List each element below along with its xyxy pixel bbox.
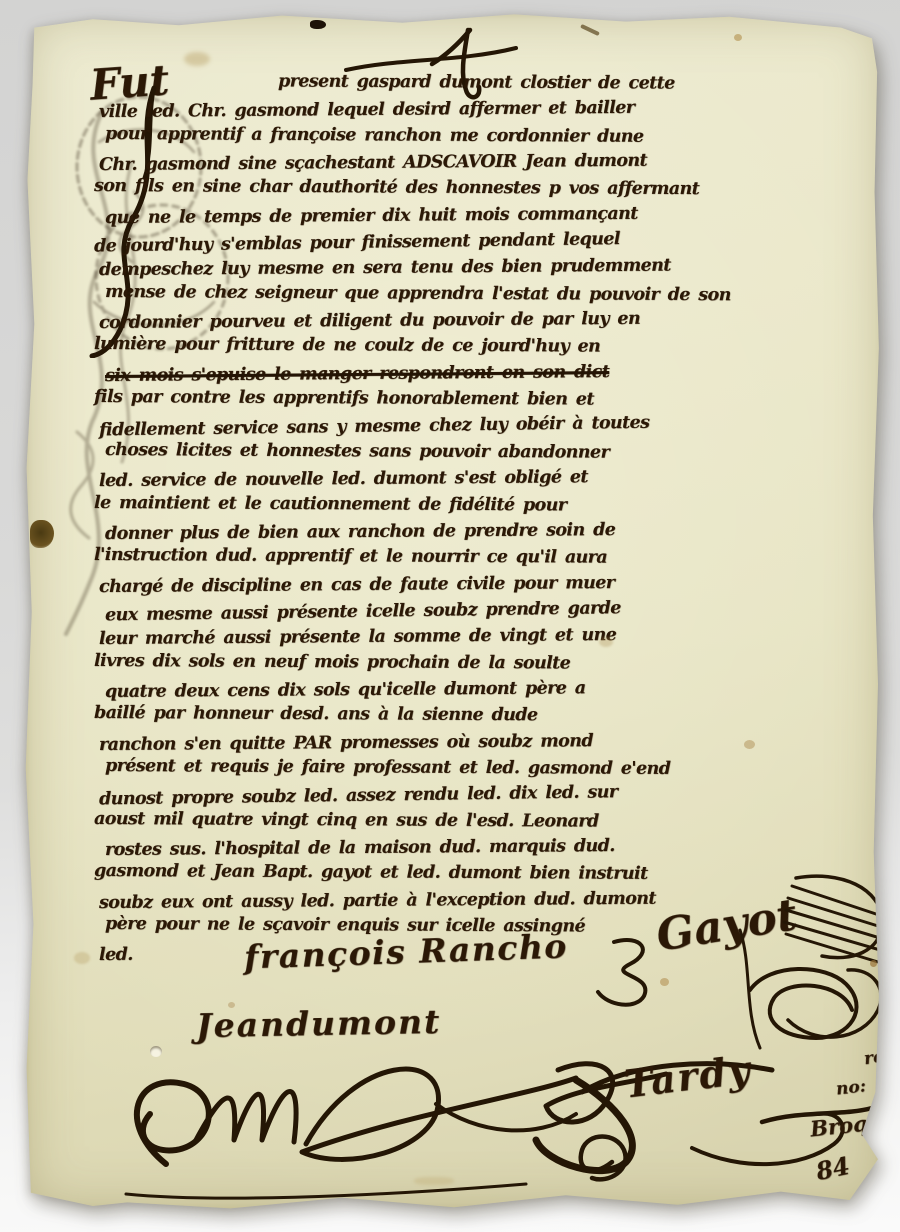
foxing-spot [660, 978, 669, 986]
foxing-spot [228, 1002, 235, 1008]
photo-backdrop: Fut present gaspard dumont clostier de c… [0, 0, 900, 1232]
foxing-spot [599, 637, 613, 647]
foxing-spot [414, 1177, 454, 1185]
ink-blob [310, 20, 326, 29]
gayot-flourish [730, 870, 890, 1060]
foxing-spot [184, 52, 210, 66]
foxing-spot [580, 24, 600, 36]
foxing-spot [74, 952, 90, 964]
foxing-spot [734, 34, 742, 41]
manuscript-page: Fut present gaspard dumont clostier de c… [24, 12, 884, 1212]
manuscript-lines: present gaspard dumont clostier de cette… [92, 70, 874, 966]
paper-hole [150, 1046, 162, 1057]
paper-shadow: Fut present gaspard dumont clostier de c… [0, 0, 900, 1232]
foxing-spot [870, 960, 877, 967]
foxing-spot [744, 740, 755, 749]
signature-jean-dumont: Jeandumont [196, 1002, 442, 1045]
notary-abbreviation: no: [835, 1076, 867, 1099]
notary-suffix: re [863, 1047, 885, 1070]
